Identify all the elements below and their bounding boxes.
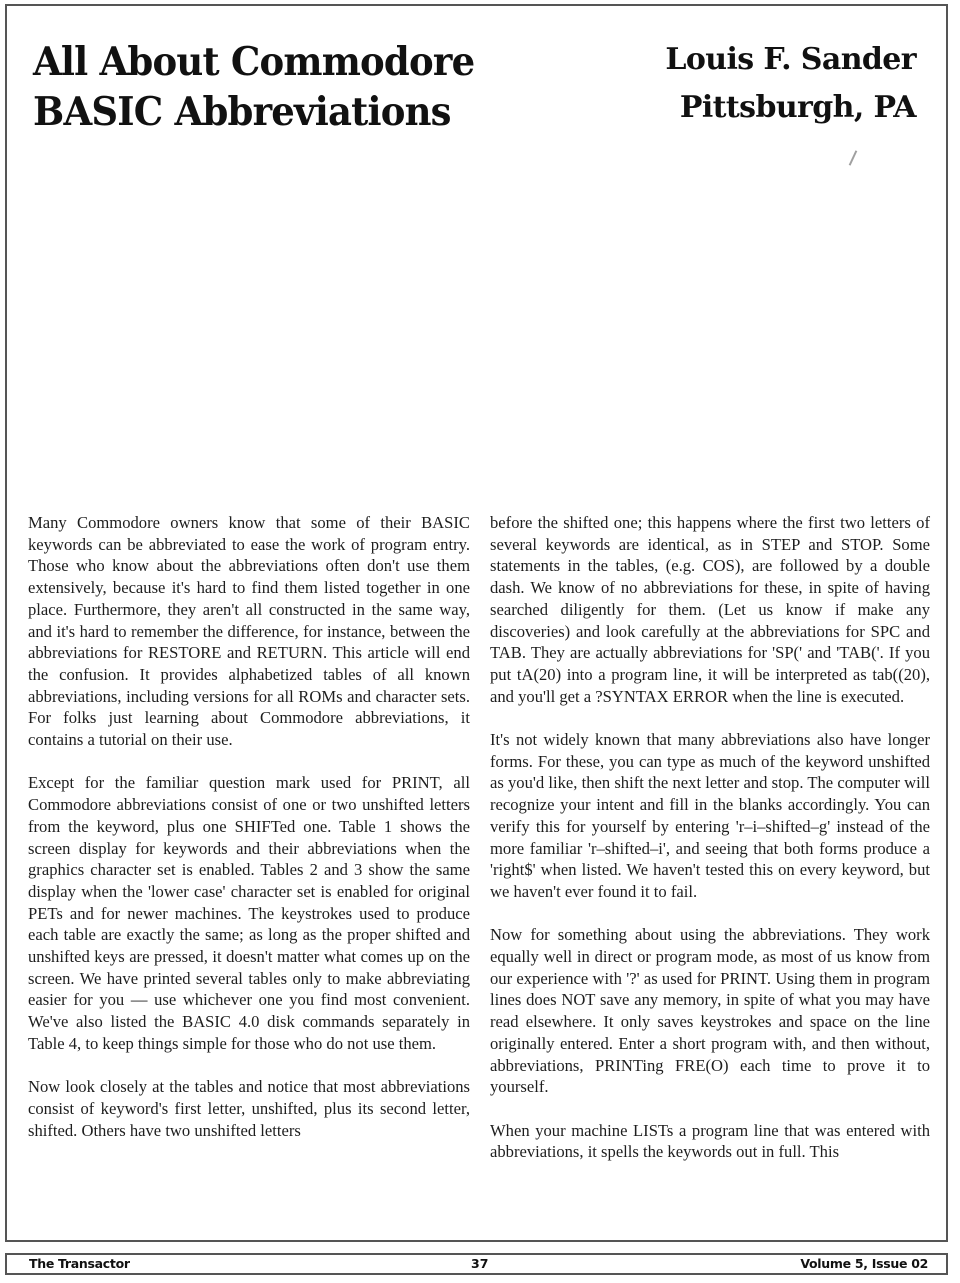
paragraph: Now for something about using the abbrev…: [490, 924, 930, 1098]
article-title-line-2: BASIC Abbreviations: [33, 86, 474, 136]
article-title-line-1: All About Commodore: [33, 36, 474, 86]
page-footer: The Transactor 37 Volume 5, Issue 02: [5, 1253, 948, 1275]
byline: Louis F. Sander Pittsburgh, PA: [665, 36, 916, 132]
magazine-name: The Transactor: [29, 1256, 130, 1271]
article-title: All About Commodore BASIC Abbreviations: [33, 36, 474, 137]
author-location: Pittsburgh, PA: [665, 84, 916, 132]
issue-label: Volume 5, Issue 02: [800, 1256, 928, 1271]
page-number: 37: [471, 1256, 488, 1271]
paragraph: before the shifted one; this happens whe…: [490, 512, 930, 707]
paragraph: Now look closely at the tables and notic…: [28, 1076, 470, 1141]
author-name: Louis F. Sander: [665, 36, 916, 84]
right-text-column: before the shifted one; this happens whe…: [490, 512, 930, 1163]
paragraph: It's not widely known that many abbrevia…: [490, 729, 930, 903]
paragraph: Many Commodore owners know that some of …: [28, 512, 470, 751]
paragraph: When your machine LISTs a program line t…: [490, 1120, 930, 1163]
paragraph: Except for the familiar question mark us…: [28, 772, 470, 1054]
left-text-column: Many Commodore owners know that some of …: [28, 512, 470, 1141]
